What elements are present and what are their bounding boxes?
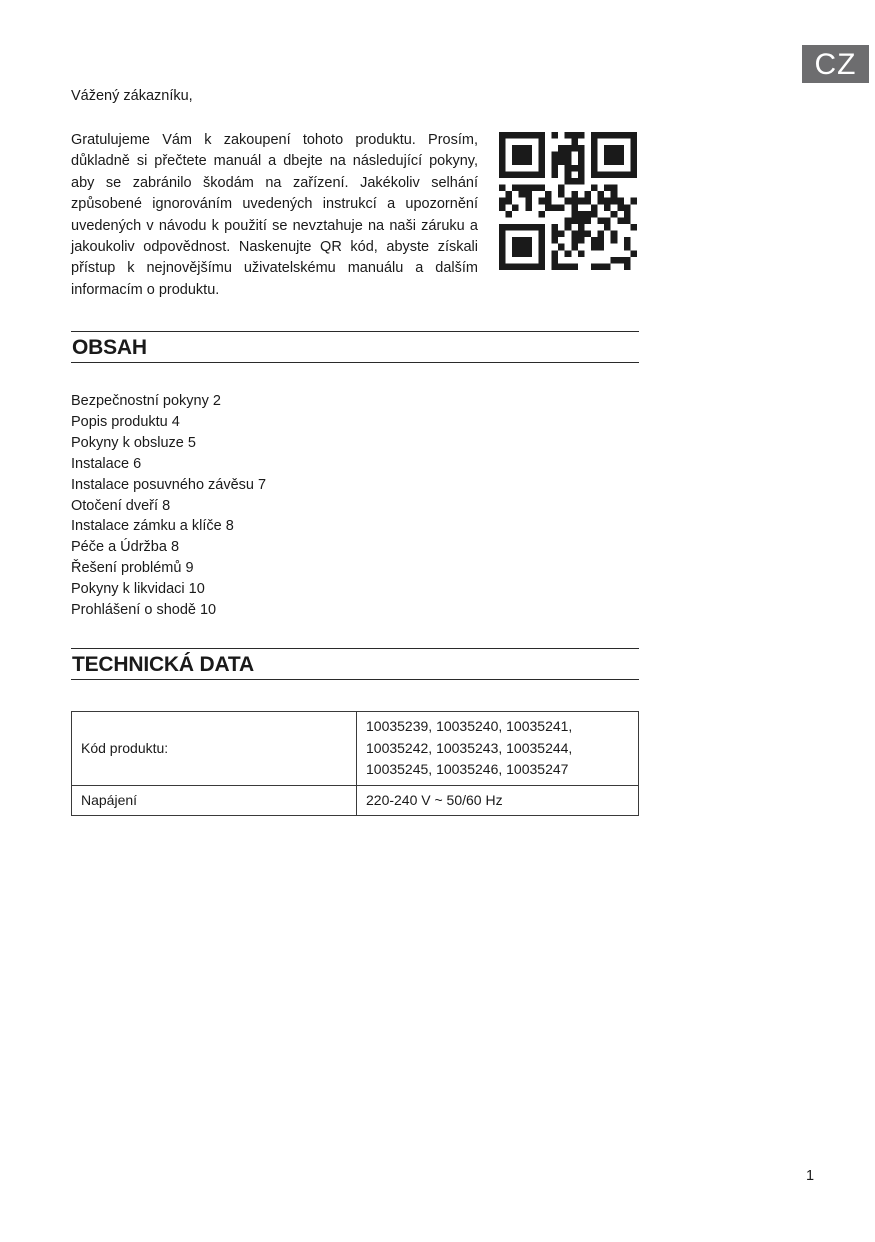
toc-item[interactable]: Pokyny k likvidaci 10 [71, 579, 266, 600]
spec-value-line: 10035242, 10035243, 10035244, [366, 738, 629, 760]
divider [71, 362, 639, 363]
technical-data-heading: TECHNICKÁ DATA [71, 649, 639, 677]
spec-label: Kód produktu: [72, 712, 357, 786]
technical-data-table: Kód produktu:10035239, 10035240, 1003524… [71, 711, 639, 816]
contents-heading: OBSAH [71, 332, 639, 360]
spec-value: 220-240 V ~ 50/60 Hz [357, 785, 639, 816]
table-row: Kód produktu:10035239, 10035240, 1003524… [72, 712, 639, 786]
qr-code-icon[interactable] [499, 132, 637, 270]
toc-item[interactable]: Pokyny k obsluze 5 [71, 433, 266, 454]
table-row: Napájení220-240 V ~ 50/60 Hz [72, 785, 639, 816]
toc-item[interactable]: Péče a Údržba 8 [71, 537, 266, 558]
language-badge: CZ [802, 45, 869, 83]
contents-section-header: OBSAH [71, 331, 639, 363]
page-number: 1 [806, 1168, 814, 1184]
intro-paragraph: Gratulujeme Vám k zakoupení tohoto produ… [71, 130, 478, 301]
spec-label: Napájení [72, 785, 357, 816]
spec-value: 10035239, 10035240, 10035241,10035242, 1… [357, 712, 639, 786]
toc-item[interactable]: Otočení dveří 8 [71, 496, 266, 517]
greeting: Vážený zákazníku, [71, 88, 193, 104]
toc-item[interactable]: Bezpečnostní pokyny 2 [71, 391, 266, 412]
toc-item[interactable]: Popis produktu 4 [71, 412, 266, 433]
toc-item[interactable]: Instalace posuvného závěsu 7 [71, 475, 266, 496]
qr-code-graphic [499, 132, 637, 270]
divider [71, 679, 639, 680]
toc-item[interactable]: Instalace zámku a klíče 8 [71, 516, 266, 537]
spec-value-line: 10035245, 10035246, 10035247 [366, 759, 629, 781]
toc-item[interactable]: Řešení problémů 9 [71, 558, 266, 579]
spec-value-line: 220-240 V ~ 50/60 Hz [366, 790, 629, 812]
technical-data-section-header: TECHNICKÁ DATA [71, 648, 639, 680]
spec-value-line: 10035239, 10035240, 10035241, [366, 716, 629, 738]
toc-item[interactable]: Instalace 6 [71, 454, 266, 475]
toc-item[interactable]: Prohlášení o shodě 10 [71, 600, 266, 621]
table-of-contents: Bezpečnostní pokyny 2Popis produktu 4Pok… [71, 391, 266, 621]
